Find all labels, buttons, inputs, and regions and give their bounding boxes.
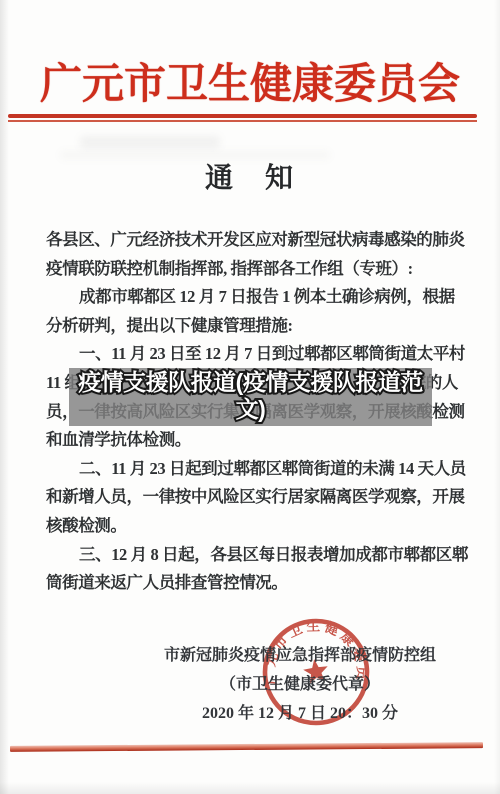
body-line: 和新增人员，一律按中风险区实行居家隔离医学观察，开展 xyxy=(46,483,458,512)
signing-unit: 市新冠肺炎疫情应急指挥部疫情防控组 xyxy=(100,642,500,671)
caption-overlay: 疫情支援队报道(疫情支援队报道范 文) xyxy=(69,368,432,426)
footer-rule xyxy=(10,742,483,752)
body-line: 核酸检测。 xyxy=(46,512,458,541)
letterhead-rule-thick xyxy=(8,114,477,118)
issue-datetime: 2020 年 12 月 7 日 20：30 分 xyxy=(100,700,500,729)
document-title: 通 知 xyxy=(0,158,500,200)
body-line: 分析研判，提出以下健康管理措施: xyxy=(46,312,458,341)
body-line: 成都市郫都区 12 月 7 日报告 1 例本土确诊病例，根据 xyxy=(46,283,458,312)
seal-on-behalf-note: （市卫生健康委代章） xyxy=(100,671,500,700)
notice-document-photo: 广元市卫生健康委员会 通 知 各县区、广元经济技术开发区应对新型冠状病毒感染的肺… xyxy=(0,0,500,794)
body-line: 二、11 月 23 日起到过郫都区郫筒街道的未满 14 天人员 xyxy=(46,455,458,484)
body-line: 筒街道来返广人员排查管控情况。 xyxy=(46,569,458,598)
blurred-text-smudge xyxy=(80,136,220,148)
body-line: 三、12 月 8 日起，各县区每日报表增加成都市郫都区郫 xyxy=(46,541,458,570)
body-line: 一、11 月 23 日至 12 月 7 日到过郫都区郫筒街道太平村 xyxy=(46,340,458,369)
photo-edge-shade-bottom xyxy=(0,782,500,794)
letterhead-org-name: 广元市卫生健康委员会 xyxy=(0,58,500,112)
caption-overlay-line2: 文) xyxy=(236,396,266,423)
signature-block: 市新冠肺炎疫情应急指挥部疫情防控组 （市卫生健康委代章） 2020 年 12 月… xyxy=(100,642,500,728)
body-line: 和血清学抗体检测。 xyxy=(46,426,458,455)
body-line: 各县区、广元经济技术开发区应对新型冠状病毒感染的肺炎 xyxy=(46,226,458,255)
letterhead-rule-thin xyxy=(8,120,477,122)
body-line: 疫情联防联控机制指挥部, 指挥部各工作组（专班）: xyxy=(46,255,458,284)
caption-overlay-line1: 疫情支援队报道(疫情支援队报道范 xyxy=(78,369,423,396)
